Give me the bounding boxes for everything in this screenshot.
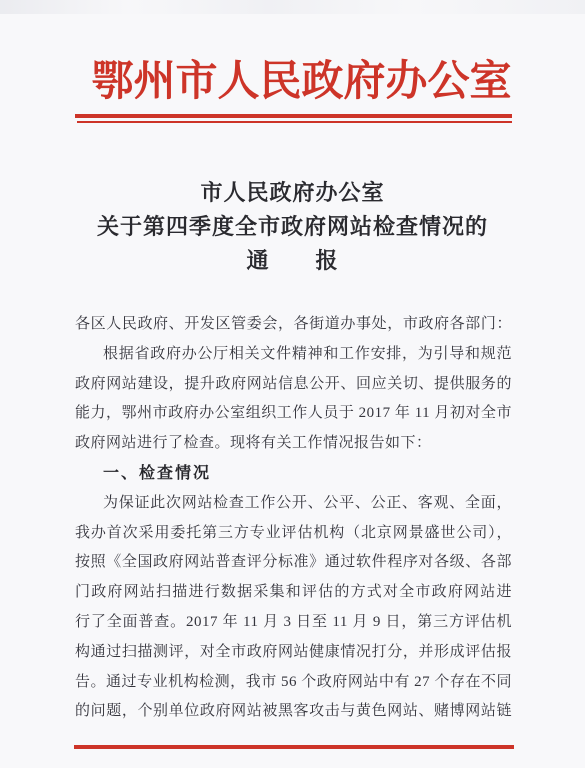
letterhead-rule-thick [75, 114, 512, 118]
body-line: 我办首次采用委托第三方专业评估机构（北京网景盛世公司）， [75, 519, 512, 549]
body-line: 为保证此次网站检查工作公开、公平、公正、客观、全面， [75, 489, 512, 519]
scanned-document-page: 鄂州市人民政府办公室 市人民政府办公室 关于第四季度全市政府网站检查情况的 通 … [0, 0, 585, 768]
body-line: 根据省政府办公厅相关文件精神和工作安排，为引导和规范 [75, 340, 512, 370]
body-line: 能力，鄂州市政府办公室组织工作人员于 2017 年 11 月初对全市 [75, 399, 512, 429]
body-line: 的问题，个别单位政府网站被黑客攻击与黄色网站、赌博网站链 [75, 697, 512, 727]
letterhead-rule-thin [77, 121, 512, 123]
body-line: 行了全面普查。2017 年 11 月 3 日至 11 月 9 日，第三方评估机 [75, 608, 512, 638]
body-line: 告。通过专业机构检测，我市 56 个政府网站中有 27 个存在不同 [75, 668, 512, 698]
body-line: 政府网站进行了检查。现将有关工作情况报告如下： [75, 429, 512, 459]
body-line: 门政府网站扫描进行数据采集和评估的方式对全市政府网站进 [75, 578, 512, 608]
body-line: 按照《全国政府网站普查评分标准》通过软件程序对各级、各部 [75, 548, 512, 578]
letterhead-org-name: 鄂州市人民政府办公室 [9, 58, 585, 106]
body-line: 各区人民政府、开发区管委会，各街道办事处，市政府各部门： [75, 310, 512, 340]
section-heading: 一、检查情况 [75, 459, 512, 489]
body-line: 政府网站建设，提升政府网站信息公开、回应关切、提供服务的 [75, 370, 512, 400]
footer-rule [74, 745, 514, 749]
body-line: 构通过扫描测评，对全市政府网站健康情况打分，并形成评估报 [75, 638, 512, 668]
document-body: 各区人民政府、开发区管委会，各街道办事处，市政府各部门：根据省政府办公厅相关文件… [75, 310, 512, 727]
document-title: 市人民政府办公室 关于第四季度全市政府网站检查情况的 通 报 [0, 176, 585, 278]
document-title-line3: 通 报 [0, 244, 585, 278]
document-title-line1: 市人民政府办公室 [0, 176, 585, 210]
document-title-line2: 关于第四季度全市政府网站检查情况的 [0, 210, 585, 244]
